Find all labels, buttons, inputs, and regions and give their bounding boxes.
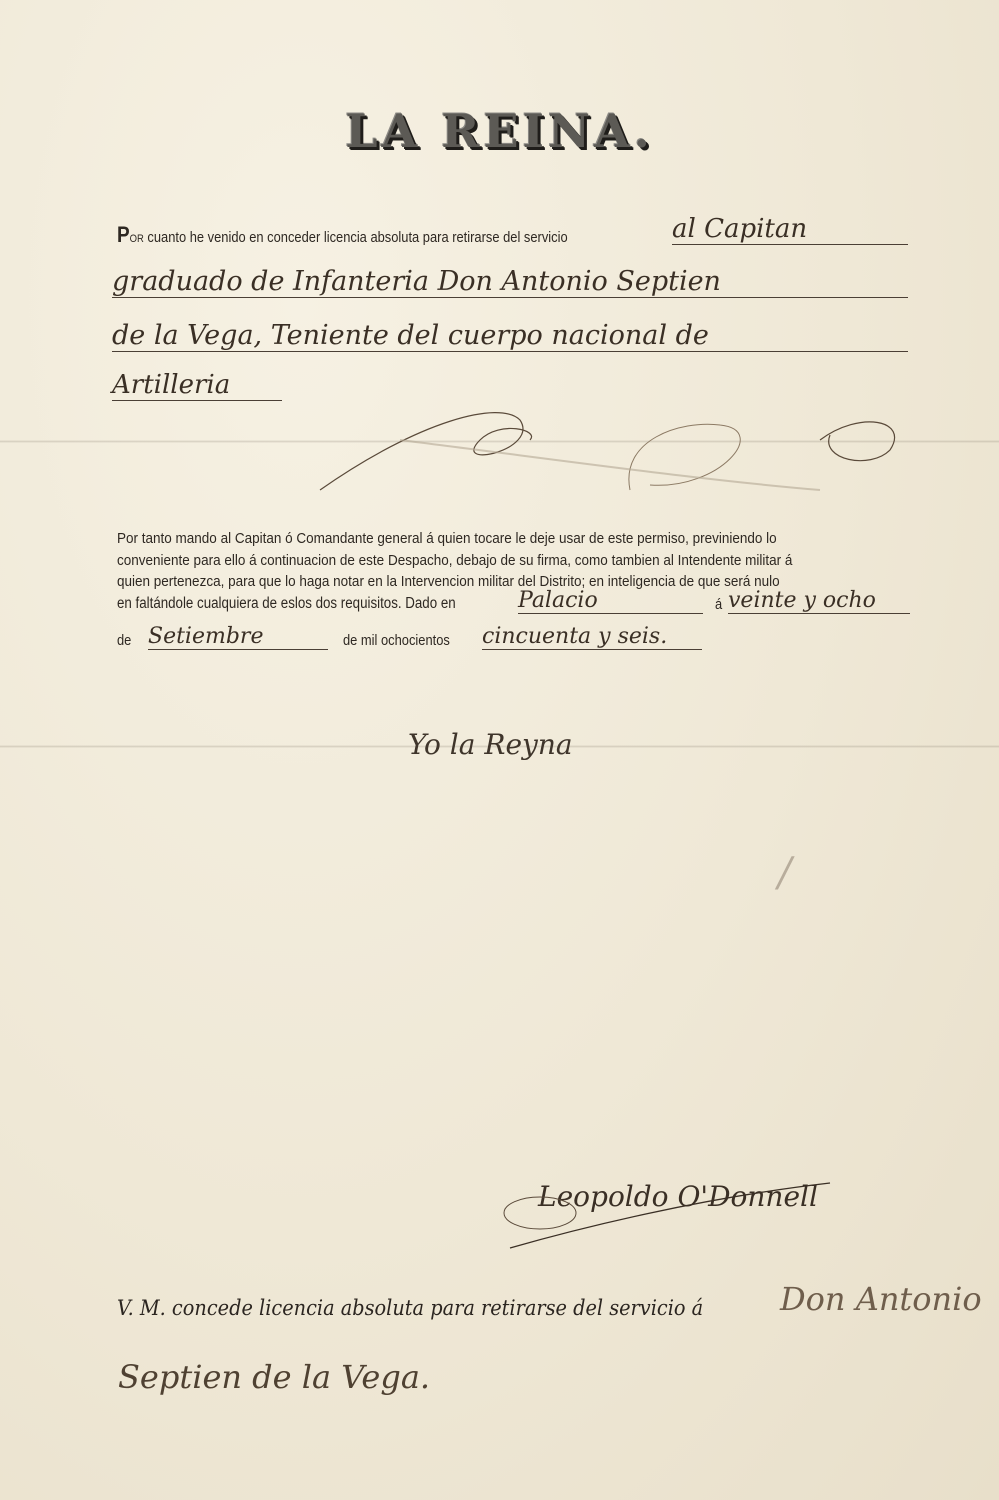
paragraph-line-1: Por tanto mando al Capitan ó Comandante … xyxy=(117,528,837,550)
handwritten-line-2: graduado de Infanteria Don Antonio Septi… xyxy=(112,266,908,298)
handwritten-line-1: al Capitan xyxy=(672,214,908,245)
handwritten-line-4: Artilleria xyxy=(112,370,282,401)
year-printed: de mil ochocientos xyxy=(343,632,450,649)
ink-stroke: / xyxy=(778,850,791,896)
ink-flourish xyxy=(300,380,900,520)
footer-handwritten-2: Septien de la Vega. xyxy=(118,1358,430,1396)
footer-printed: V. M. concede licencia absoluta para ret… xyxy=(117,1296,703,1320)
footer-printed-text: V. M. concede licencia absoluta para ret… xyxy=(117,1296,703,1320)
paragraph-line-4-printed: en faltándole cualquiera de eslos dos re… xyxy=(117,595,456,613)
day-prefix: á xyxy=(715,596,722,613)
footer-handwritten-1: Don Antonio xyxy=(780,1280,982,1318)
drop-cap: P xyxy=(117,222,130,247)
document-title: LA REINA. xyxy=(0,104,999,158)
smallcaps: OR xyxy=(130,233,144,245)
opening-printed-line: POR cuanto he venido en conceder licenci… xyxy=(117,222,568,248)
day-handwritten: veinte y ocho xyxy=(728,588,910,614)
paragraph-line-5-de: de xyxy=(117,632,131,649)
year-handwritten: cincuenta y seis. xyxy=(482,624,702,650)
royal-signature: Yo la Reyna xyxy=(408,728,573,761)
opening-text: cuanto he venido en conceder licencia ab… xyxy=(144,229,568,246)
month-handwritten: Setiembre xyxy=(148,624,328,650)
main-paragraph: Por tanto mando al Capitan ó Comandante … xyxy=(117,528,837,593)
paragraph-line-2: conveniente para ello á continuacion de … xyxy=(117,550,837,572)
handwritten-line-3: de la Vega, Teniente del cuerpo nacional… xyxy=(112,320,908,352)
place-handwritten: Palacio xyxy=(518,588,703,614)
signature-flourish xyxy=(500,1178,880,1258)
